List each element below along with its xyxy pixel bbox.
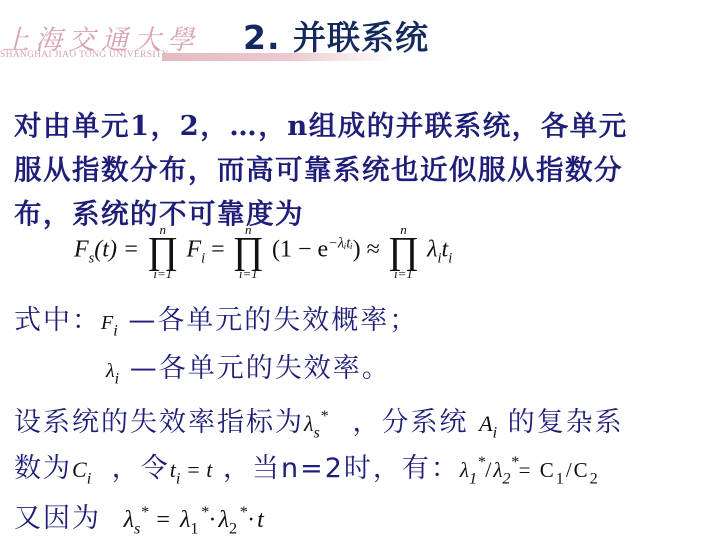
complexity-coef-line: 数为Ci ，令ti = t ，当n=2时，有：λ1*/λ2*= C1/C2 (14, 446, 600, 488)
logo-english: SHANGHAI JIAO TONG UNIVERSITY (0, 50, 169, 60)
unreliability-formula: Fs(t) = n∏i=1 Fi = n∏i=1 (1 − e−λᵢtᵢ) ≈ … (74, 232, 452, 296)
definition-line-1: 式中：Fi —各单元的失效概率； (14, 298, 418, 340)
product-operator: n∏i=1 (147, 232, 178, 270)
failure-rate-line: 设系统的失效率指标为λs* ，分系统 Ai 的复杂系 (14, 400, 624, 442)
intro-paragraph: 对由单元1，2，…，n组成的并联系统，各单元 服从指数分布，而高可靠系统也近似服… (14, 104, 714, 236)
intro-line-3: 布，系统的不可靠度为 (14, 192, 714, 236)
product-operator: n∏i=1 (388, 232, 419, 270)
because-line: 又因为 λs* = λ1*·λ2*·t (14, 496, 264, 538)
intro-line-2: 服从指数分布，而高可靠系统也近似服从指数分 (14, 148, 714, 192)
product-operator: n∏i=1 (233, 232, 264, 270)
slide-title: 2. 并联系统 (243, 12, 429, 59)
intro-line-1: 对由单元1，2，…，n组成的并联系统，各单元 (14, 104, 714, 148)
definition-line-2: λi —各单元的失效率。 (106, 346, 391, 388)
